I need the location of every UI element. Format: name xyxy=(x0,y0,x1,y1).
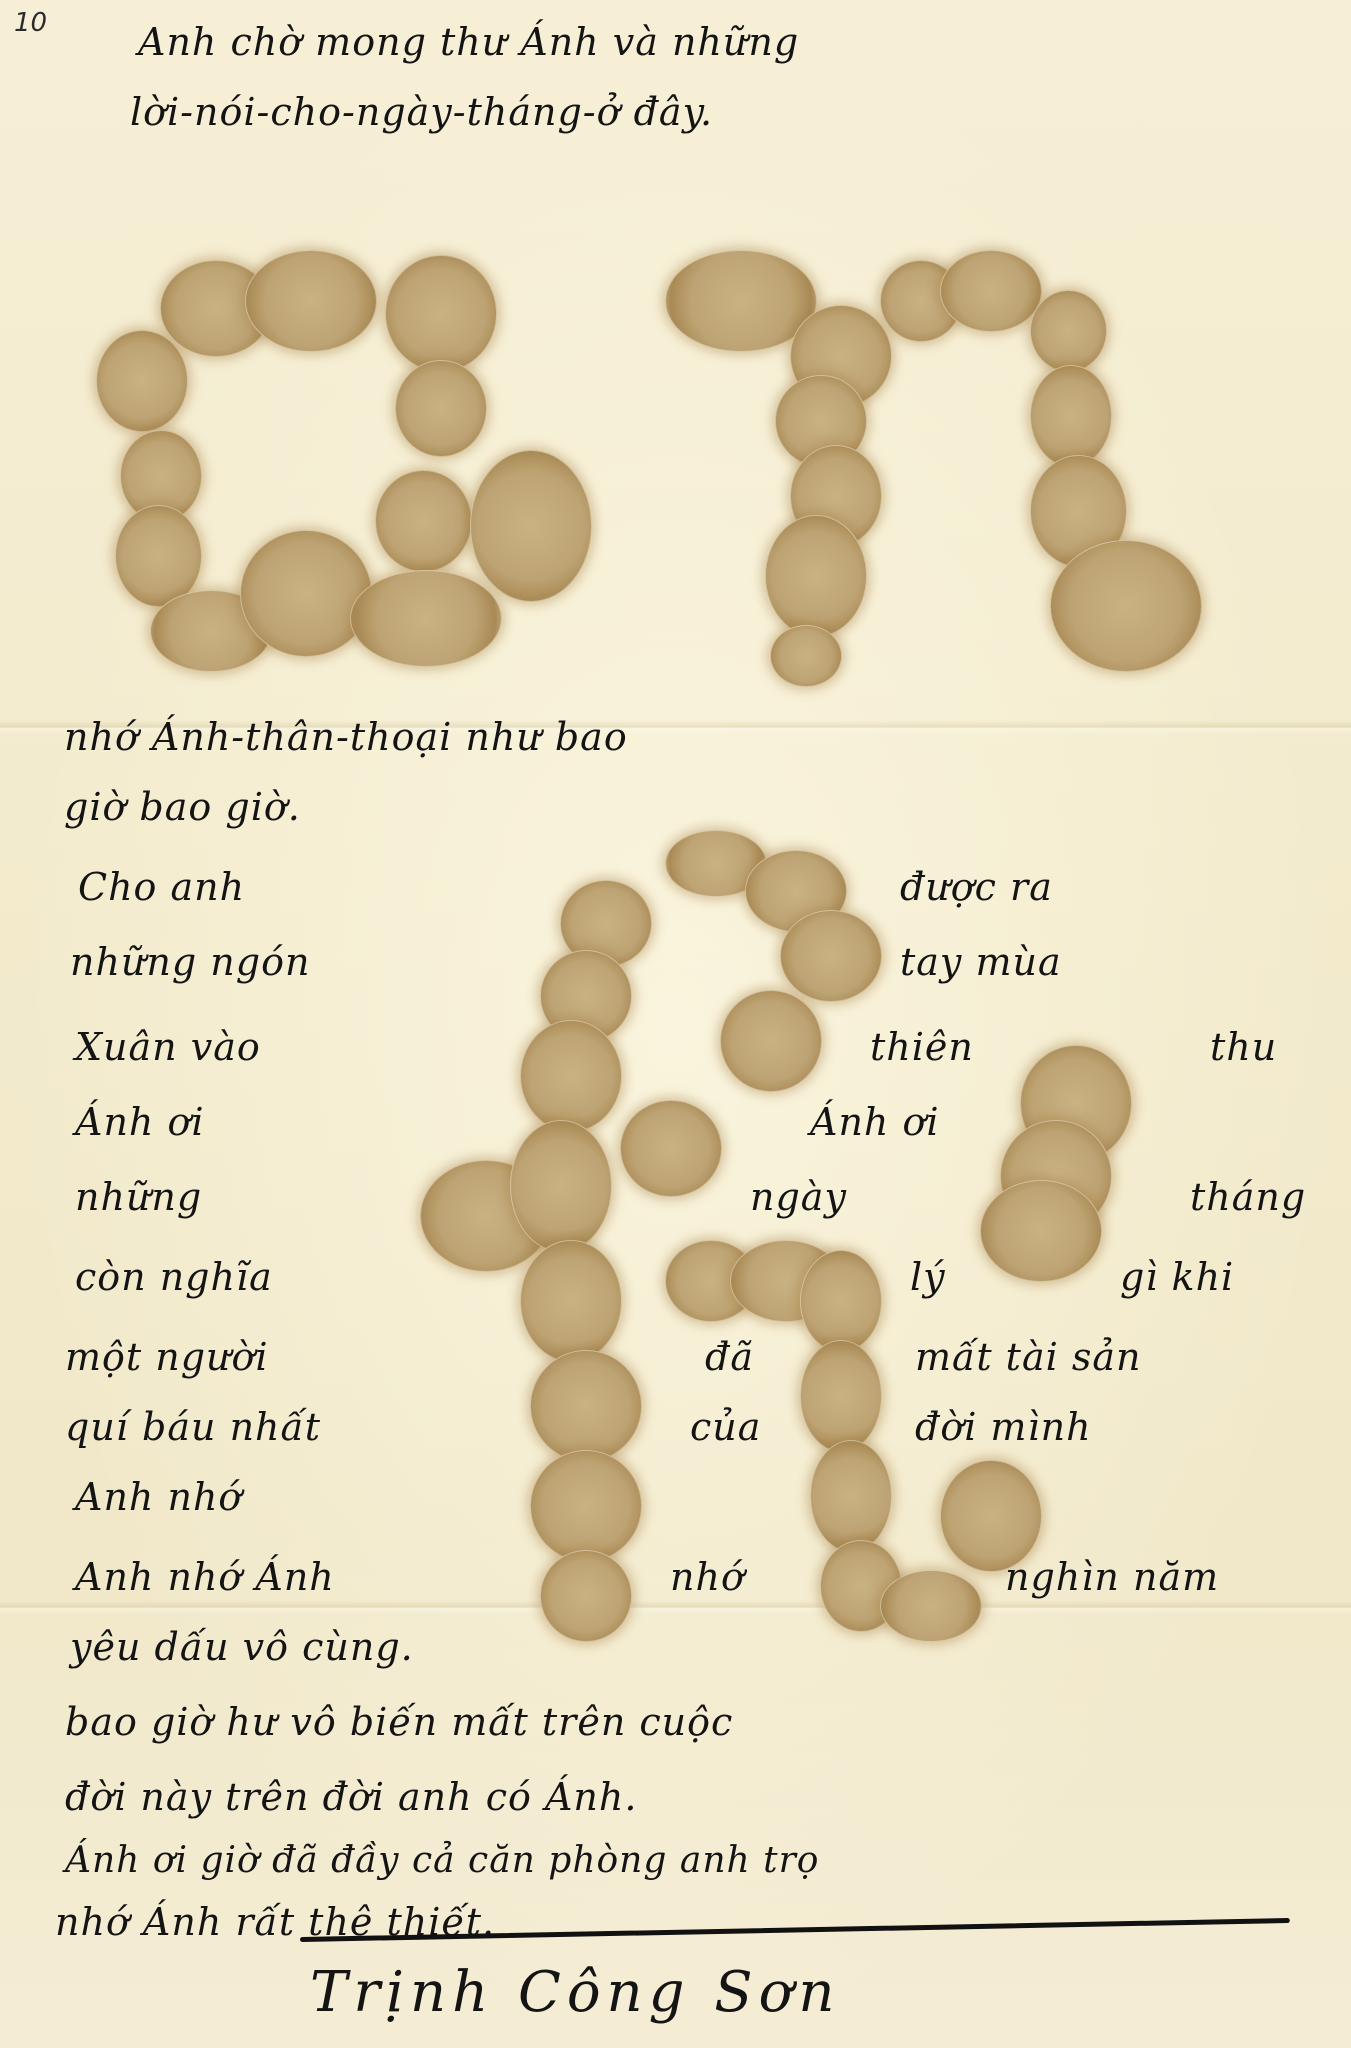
letter-line: giờ bao giờ. xyxy=(64,785,301,829)
letter-page: 10 xyxy=(0,0,1351,2048)
signature: Trịnh Công Sơn xyxy=(310,1960,840,2025)
paper-fold xyxy=(0,1600,1351,1614)
letter-line: đời này trên đời anh có Ánh. xyxy=(65,1775,637,1819)
page-number: 10 xyxy=(14,8,47,38)
letter-line: Ánh ơi giờ đã đầy cả căn phòng anh trọ xyxy=(65,1840,819,1881)
letter-line: bao giờ hư vô biến mất trên cuộc xyxy=(65,1700,733,1744)
letter-line: lời-nói-cho-ngày-tháng-ở đây. xyxy=(130,90,713,134)
letter-line: Anh nhớ xyxy=(75,1475,242,1519)
letter-line: nhớ Ánh-thân-thoại như bao xyxy=(64,715,628,759)
letter-line: yêu dấu vô cùng. xyxy=(70,1625,414,1669)
letter-line: Anh chờ mong thư Ánh và những xyxy=(138,20,799,64)
